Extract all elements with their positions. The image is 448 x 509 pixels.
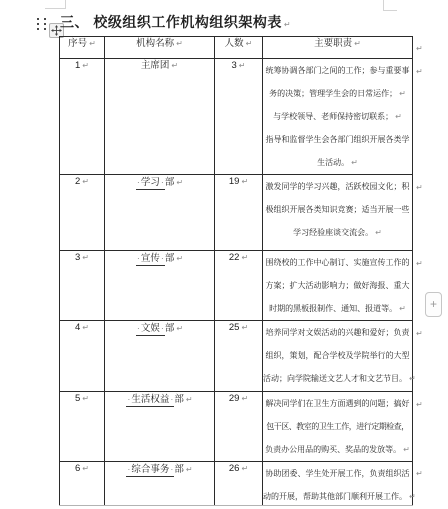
table-row: 2 学习部 19 激发同学的学习兴趣，活跃校园文化；积 极组织开展各类知识竞赛；… xyxy=(60,175,413,251)
header-org-name[interactable]: 机构名称 xyxy=(105,37,215,59)
header-seq[interactable]: 序号 xyxy=(60,37,105,59)
header-count[interactable]: 人数 xyxy=(215,37,263,59)
right-margin-mark-icon xyxy=(383,0,384,10)
duties-cell[interactable]: 解决同学们在卫生方面遇到的问题；搞好 包干区、教室的卫生工作，进行定期检查， 负… xyxy=(263,392,413,462)
paragraph-mark-icon xyxy=(80,60,89,71)
seq-cell[interactable]: 1 xyxy=(60,59,105,175)
paragraph-mark-icon xyxy=(282,14,291,30)
table-row: 3 宣传部 22 围绕校的工作中心制订、实施宣传工作的 方案；扩大活动影响力；做… xyxy=(60,251,413,321)
duties-cell[interactable]: 协助团委、学生处开展工作，负责组织活 动的开展，帮助其他部门顺利开展工作。 xyxy=(263,462,413,509)
duties-cell[interactable]: 围绕校的工作中心制订、实施宣传工作的 方案；扩大活动影响力；做好海报、重大 时期… xyxy=(263,251,413,321)
row-end-mark-icon xyxy=(414,253,424,263)
paragraph-mark-icon xyxy=(393,112,402,121)
row-end-mark-icon xyxy=(414,463,424,473)
paragraph-mark-icon xyxy=(239,322,248,333)
paragraph-mark-icon xyxy=(80,463,89,474)
paragraph-mark-icon xyxy=(352,38,361,49)
paragraph-mark-icon xyxy=(174,323,183,334)
paragraph-mark-icon xyxy=(174,253,183,264)
table-cut-edge xyxy=(59,505,413,506)
duties-cell[interactable]: 统筹协调各部门之间的工作；参与重要事 务的决策；管理学生会的日常运作； 与学校领… xyxy=(263,59,413,175)
left-margin-mark-icon xyxy=(65,0,66,9)
org-name-cell[interactable]: 生活权益部 xyxy=(105,392,215,462)
paragraph-mark-icon xyxy=(184,464,193,475)
seq-cell[interactable]: 6 xyxy=(60,462,105,509)
table-row: 1 主席团 3 统筹协调各部门之间的工作；参与重要事 务的决策；管理学生会的日常… xyxy=(60,59,413,175)
paragraph-mark-icon xyxy=(80,393,89,404)
seq-cell[interactable]: 5 xyxy=(60,392,105,462)
table-header-row: 序号 机构名称 人数 主要职责 xyxy=(60,37,413,59)
page-title[interactable]: 三、 校级组织工作机构组织架构表 xyxy=(60,12,291,32)
org-name-cell[interactable]: 宣传部 xyxy=(105,251,215,321)
paragraph-mark-icon xyxy=(239,463,248,474)
row-end-mark-icon xyxy=(414,177,424,187)
drag-dots-icon xyxy=(37,18,46,30)
paragraph-mark-icon xyxy=(80,252,89,263)
table-row: 4 文娱部 25 培养同学对文娱活动的兴趣和爱好；负责 组织，策划，配合学校及学… xyxy=(60,321,413,392)
paragraph-mark-icon xyxy=(184,394,193,405)
paragraph-mark-icon xyxy=(244,38,253,49)
paragraph-mark-icon xyxy=(80,176,89,187)
table-row: 6 综合事务部 26 协助团委、学生处开展工作，负责组织活 动的开展，帮助其他部… xyxy=(60,462,413,509)
count-cell[interactable]: 25 xyxy=(215,321,263,392)
org-structure-table: 序号 机构名称 人数 主要职责 1 主席团 3 统筹协调各部门之间的工作；参与重… xyxy=(59,36,413,509)
duties-cell[interactable]: 培养同学对文娱活动的兴趣和爱好；负责 组织，策划，配合学校及学院举行的大型 活动… xyxy=(263,321,413,392)
plus-icon: + xyxy=(430,297,437,311)
paragraph-mark-icon xyxy=(239,393,248,404)
paragraph-mark-icon xyxy=(373,228,382,237)
org-name-cell[interactable]: 综合事务部 xyxy=(105,462,215,509)
paragraph-mark-icon xyxy=(239,252,248,263)
paragraph-mark-icon xyxy=(80,322,89,333)
seq-cell[interactable]: 4 xyxy=(60,321,105,392)
paragraph-mark-icon xyxy=(401,445,410,454)
duties-cell[interactable]: 激发同学的学习兴趣，活跃校园文化；积 极组织开展各类知识竞赛；适当开展一些 学习… xyxy=(263,175,413,251)
org-name-cell[interactable]: 学习部 xyxy=(105,175,215,251)
paragraph-mark-icon xyxy=(169,60,178,71)
paragraph-mark-icon xyxy=(174,177,183,188)
document-page: 三、 校级组织工作机构组织架构表 序号 机构名称 人数 主要职责 1 主席团 3… xyxy=(0,0,448,509)
row-end-mark-icon xyxy=(414,38,424,48)
seq-cell[interactable]: 2 xyxy=(60,175,105,251)
left-margin-mark-icon xyxy=(45,8,66,9)
row-end-mark-icon xyxy=(414,61,424,71)
count-cell[interactable]: 19 xyxy=(215,175,263,251)
seq-cell[interactable]: 3 xyxy=(60,251,105,321)
count-cell[interactable]: 3 xyxy=(215,59,263,175)
paragraph-mark-icon xyxy=(407,492,416,501)
paragraph-mark-icon xyxy=(174,38,183,49)
count-cell[interactable]: 29 xyxy=(215,392,263,462)
paragraph-mark-icon xyxy=(239,176,248,187)
paragraph-mark-icon xyxy=(349,158,358,167)
org-name-cell[interactable]: 主席团 xyxy=(105,59,215,175)
paragraph-mark-icon xyxy=(397,89,406,98)
row-end-mark-icon xyxy=(414,394,424,404)
header-duties[interactable]: 主要职责 xyxy=(263,37,413,59)
paragraph-mark-icon xyxy=(237,60,246,71)
right-margin-mark-icon xyxy=(383,10,397,11)
count-cell[interactable]: 22 xyxy=(215,251,263,321)
paragraph-mark-icon xyxy=(407,374,416,383)
plus-button[interactable]: + xyxy=(425,292,442,317)
paragraph-mark-icon xyxy=(397,304,406,313)
count-cell[interactable]: 26 xyxy=(215,462,263,509)
row-end-mark-icon xyxy=(414,323,424,333)
paragraph-mark-icon xyxy=(87,38,96,49)
table-row: 5 生活权益部 29 解决同学们在卫生方面遇到的问题；搞好 包干区、教室的卫生工… xyxy=(60,392,413,462)
org-name-cell[interactable]: 文娱部 xyxy=(105,321,215,392)
